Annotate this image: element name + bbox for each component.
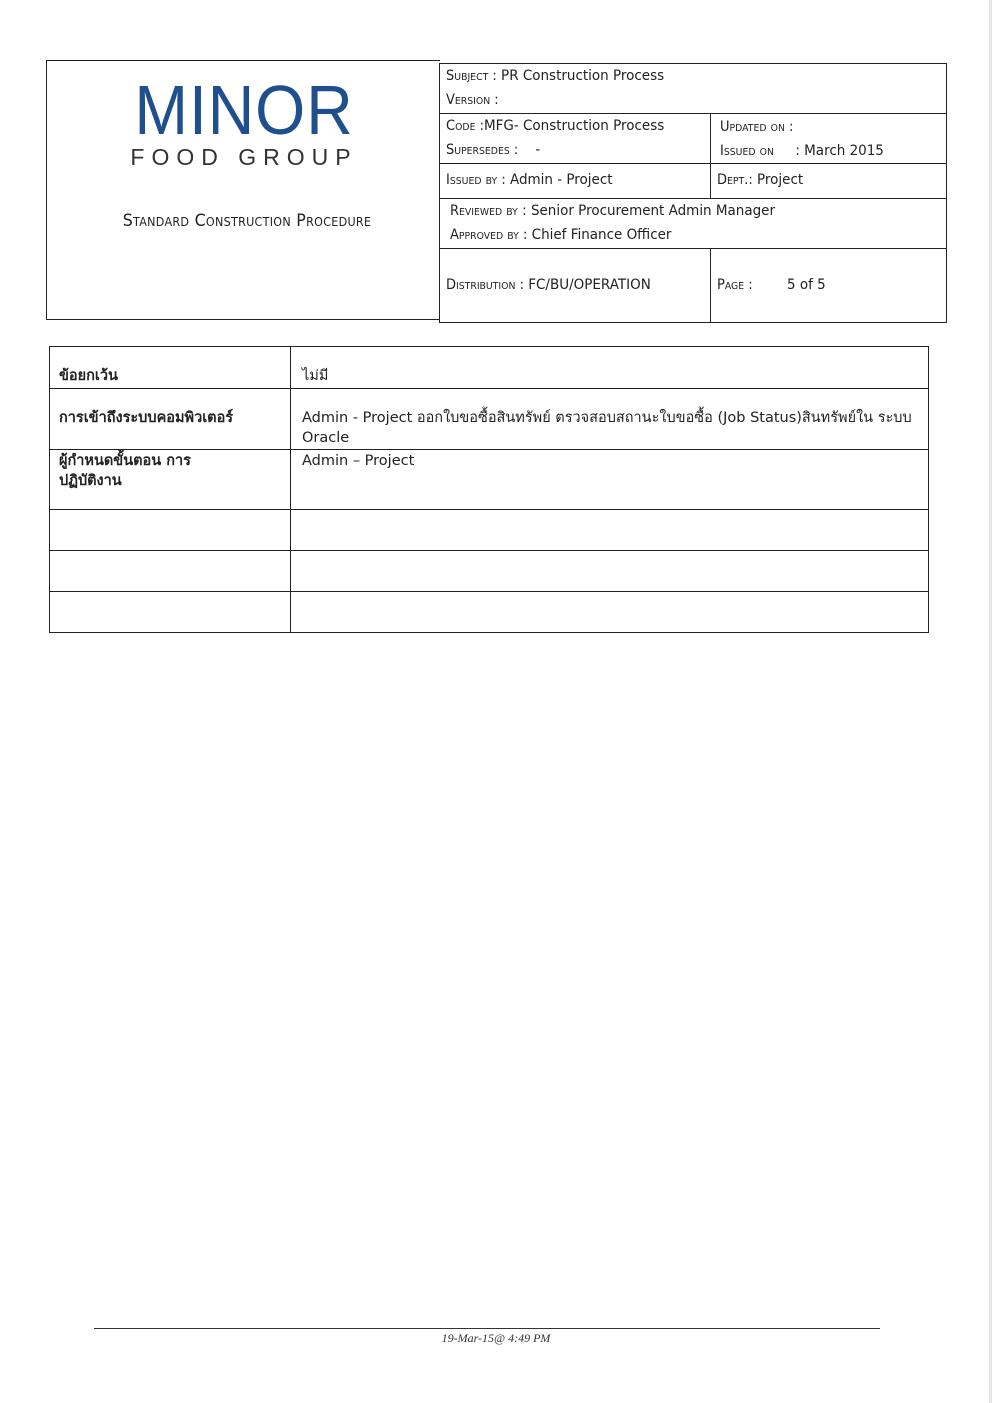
supersedes-value: - <box>535 142 540 158</box>
row-issuer-dept: Issued by : Admin - Project Dept.: Proje… <box>440 164 946 199</box>
version-label: Version : <box>446 92 499 108</box>
row-key: ผู้กำหนดขั้นตอน การปฏิบัติงาน <box>59 451 199 491</box>
reviewed-by-label: Reviewed by <box>450 203 518 219</box>
header-logo-panel: MINOR FOOD GROUP Standard Construction P… <box>46 60 440 320</box>
row-subject-version: Subject : PR Construction Process Versio… <box>440 64 946 114</box>
table-row: การเข้าถึงระบบคอมพิวเตอร์ Admin - Projec… <box>50 389 928 450</box>
distribution-field: Distribution : FC/BU/OPERATION <box>446 277 651 293</box>
supersedes-label: Supersedes : <box>446 142 518 158</box>
column-divider <box>290 347 291 388</box>
row-code-dates: Code :MFG- Construction Process Supersed… <box>440 114 946 164</box>
code-field: Code :MFG- Construction Process <box>446 118 664 134</box>
reviewed-by-value: : Senior Procurement Admin Manager <box>522 203 775 219</box>
issued-on-value: : March 2015 <box>795 143 884 159</box>
table-row <box>50 551 928 592</box>
column-divider <box>290 450 291 509</box>
header-metadata-table: Subject : PR Construction Process Versio… <box>439 63 947 323</box>
cell-distribution: Distribution : FC/BU/OPERATION <box>440 249 710 322</box>
dept-label: Dept.: <box>717 172 753 188</box>
cell-dates: Updated on : Issued on : March 2015 <box>710 114 946 163</box>
dept-field: Dept.: Project <box>717 172 803 188</box>
row-review-approval: Reviewed by : Senior Procurement Admin M… <box>440 199 946 249</box>
table-row: ผู้กำหนดขั้นตอน การปฏิบัติงาน Admin – Pr… <box>50 450 928 510</box>
footer-rule <box>94 1328 880 1329</box>
issued-on-label: Issued on <box>720 143 774 159</box>
updated-on-field: Updated on : <box>720 119 793 135</box>
row-key: การเข้าถึงระบบคอมพิวเตอร์ <box>59 408 233 428</box>
subject-field: Subject : PR Construction Process <box>446 68 664 84</box>
document-title: Standard Construction Procedure <box>61 211 433 231</box>
column-divider <box>290 389 291 449</box>
distribution-label: Distribution : <box>446 277 524 293</box>
row-value: Admin – Project <box>302 451 918 471</box>
version-field: Version : <box>446 92 499 108</box>
approved-by-value: Chief Finance Officer <box>532 227 672 243</box>
distribution-value: FC/BU/OPERATION <box>528 277 651 293</box>
row-value: Admin - Project ออกใบขอซื้อสินทรัพย์ ตรว… <box>302 408 918 448</box>
issued-by-label: Issued by : <box>446 172 506 188</box>
row-value: ไม่มี <box>302 366 918 386</box>
table-row: ข้อยกเว้น ไม่มี <box>50 347 928 389</box>
cell-code: Code :MFG- Construction Process Supersed… <box>440 114 710 163</box>
approved-by-field: Approved by : Chief Finance Officer <box>450 227 671 243</box>
subject-value: PR Construction Process <box>501 68 664 84</box>
approved-by-label: Approved by : <box>450 227 527 243</box>
cell-page: Page : 5 of 5 <box>710 249 946 322</box>
dept-value: Project <box>757 172 803 188</box>
table-row <box>50 510 928 551</box>
column-divider <box>290 510 291 550</box>
reviewed-by-field: Reviewed by : Senior Procurement Admin M… <box>450 203 775 219</box>
issued-on-field: Issued on : March 2015 <box>720 143 884 159</box>
issued-by-field: Issued by : Admin - Project <box>446 172 613 188</box>
code-value: MFG- Construction Process <box>484 118 664 134</box>
column-divider <box>290 592 291 632</box>
row-distribution-page: Distribution : FC/BU/OPERATION Page : 5 … <box>440 249 946 322</box>
table-row <box>50 592 928 632</box>
logo-brand: MINOR <box>63 75 425 145</box>
page-label: Page : <box>717 277 753 293</box>
updated-on-label: Updated on : <box>720 119 793 135</box>
cell-issued-by: Issued by : Admin - Project <box>440 164 710 198</box>
cell-dept: Dept.: Project <box>710 164 946 198</box>
issued-by-value: Admin - Project <box>510 172 613 188</box>
row-key: ข้อยกเว้น <box>59 366 118 386</box>
footer-timestamp: 19-Mar-15@ 4:49 PM <box>0 1331 992 1346</box>
procedure-details-table: ข้อยกเว้น ไม่มี การเข้าถึงระบบคอมพิวเตอร… <box>49 346 929 633</box>
page-field: Page : 5 of 5 <box>717 277 826 293</box>
code-label: Code : <box>446 118 484 134</box>
logo-subbrand: FOOD GROUP <box>47 144 441 170</box>
column-divider <box>290 551 291 591</box>
page-number: 5 of 5 <box>787 277 826 293</box>
subject-label: Subject : <box>446 68 497 84</box>
supersedes-field: Supersedes : - <box>446 142 540 158</box>
